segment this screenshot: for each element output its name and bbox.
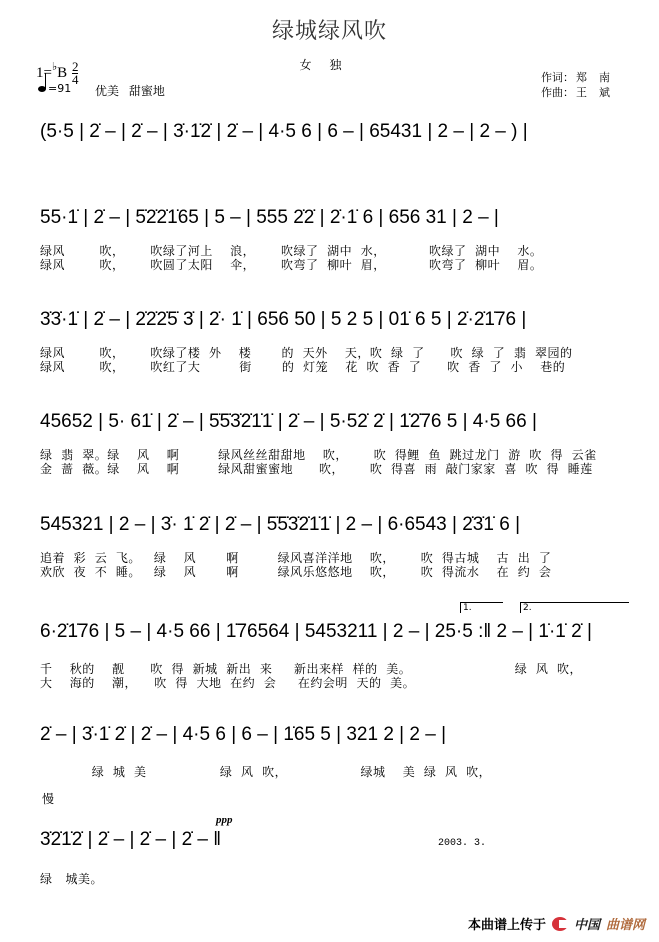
notation-line: 2̇ – | 3̇·1̇ 2̇ | 2̇ – | 4·5 6 | 6 – | 1… xyxy=(40,715,639,755)
lyrics-verse-1: 追着 彩 云 飞。 绿 风 啊 绿风喜洋洋地 吹， 吹 得古城 古 出 了 xyxy=(40,551,639,565)
lyrics-verse-1: 绿风 吹， 吹绿了楼 外 楼 的 天外 天，吹 绿 了 吹 绿 了 翡 翠园的 xyxy=(40,346,639,360)
notation-line: 3̇2̇1̇2̇ | 2̇ – | 2̇ – | 2̇ – ‖ xyxy=(40,820,639,860)
lyrics-verse-1: 绿风 吹， 吹绿了河上 浪， 吹绿了 湖中 水， 吹绿了 湖中 水。 xyxy=(40,244,639,258)
lyrics-verse-2: 欢欣 夜 不 睡。 绿 风 啊 绿风乐悠悠地 吹， 吹 得流水 在 约 会 xyxy=(40,565,639,579)
page-title: 绿城绿风吹 xyxy=(0,14,659,45)
lyrics-verse-1: 千 秋的 靓 吹 得 新城 新出 来 新出来样 样的 美。 绿 风 吹， xyxy=(40,662,639,676)
quarter-note-icon xyxy=(38,86,46,92)
time-bottom: 4 xyxy=(72,74,79,86)
lyricist: 作词：郑南 xyxy=(541,70,622,85)
expression-text: 优美 甜蜜地 xyxy=(95,82,165,99)
lyrics-verse-1: 绿 城 美 绿 风 吹， 绿城 美 绿 风 吹， xyxy=(40,765,639,779)
tempo-marking: =91 xyxy=(38,82,71,95)
lyrics-verse-1: 绿 城美。 xyxy=(40,872,639,886)
key-note: B xyxy=(57,65,67,81)
notation-line: 545321 | 2 – | 3̇· 1̇ 2̇ | 2̇ – | 5̇5̇3̇… xyxy=(40,505,639,545)
tempo-slow-marking: 慢 xyxy=(42,790,54,807)
notation-line: 6·2̇1̇76 | 5 – | 4·5 66 | 1̇76564 | 5453… xyxy=(40,612,639,652)
lyrics-verse-2: 绿风 吹， 吹红了大 街 的 灯笼 花 吹 香 了 吹 香 了 小 巷的 xyxy=(40,360,639,374)
lyrics-verse-2: 绿风 吹， 吹圆了太阳 伞， 吹弯了 柳叶 眉， 吹弯了 柳叶 眉。 xyxy=(40,258,639,272)
notation-line: 3̇3̇·1̇ | 2̇ – | 2̇2̇2̇5̇ 3̇ | 2̇· 1̇ | … xyxy=(40,300,639,340)
time-signature: 2 4 xyxy=(72,61,79,86)
tempo-value: =91 xyxy=(48,82,71,95)
lyrics-verse-1: 绿 翡 翠。绿 风 啊 绿风丝丝甜甜地 吹， 吹 得鲤 鱼 跳过龙门 游 吹 得… xyxy=(40,448,639,462)
composer: 作曲：王斌 xyxy=(541,85,622,100)
footer-prefix: 本曲谱上传于 xyxy=(468,914,546,933)
date-stamp: 2003. 3. xyxy=(438,838,486,849)
notation-line: 55·1̇ | 2̇ – | 5̇2̇2̇1̇65 | 5 – | 555 2̇… xyxy=(40,198,639,238)
lyrics-verse-2: 大 海的 潮， 吹 得 大地 在约 会 在约会明 天的 美。 xyxy=(40,676,639,690)
notation-line: (5·5 | 2̇ – | 2̇ – | 3̇·1̇2̇ | 2̇ – | 4·… xyxy=(40,112,639,152)
key-label: 1= xyxy=(36,65,52,81)
notation-line: 45652 | 5· 61̇ | 2̇ – | 5̇5̇3̇2̇1̇1̇ | 2… xyxy=(40,402,639,442)
lyrics-verse-2: 金 蔷 薇。绿 风 啊 绿风甜蜜蜜地 吹， 吹 得喜 雨 敲门家家 喜 吹 得 … xyxy=(40,462,639,476)
site-logo-icon xyxy=(552,917,568,931)
brand-name-a: 中国 xyxy=(574,914,600,933)
brand-name-b: 曲谱网 xyxy=(606,914,645,933)
credits: 作词：郑南 作曲：王斌 xyxy=(541,70,622,100)
footer-watermark: 本曲谱上传于 中国曲谱网 xyxy=(468,914,645,933)
